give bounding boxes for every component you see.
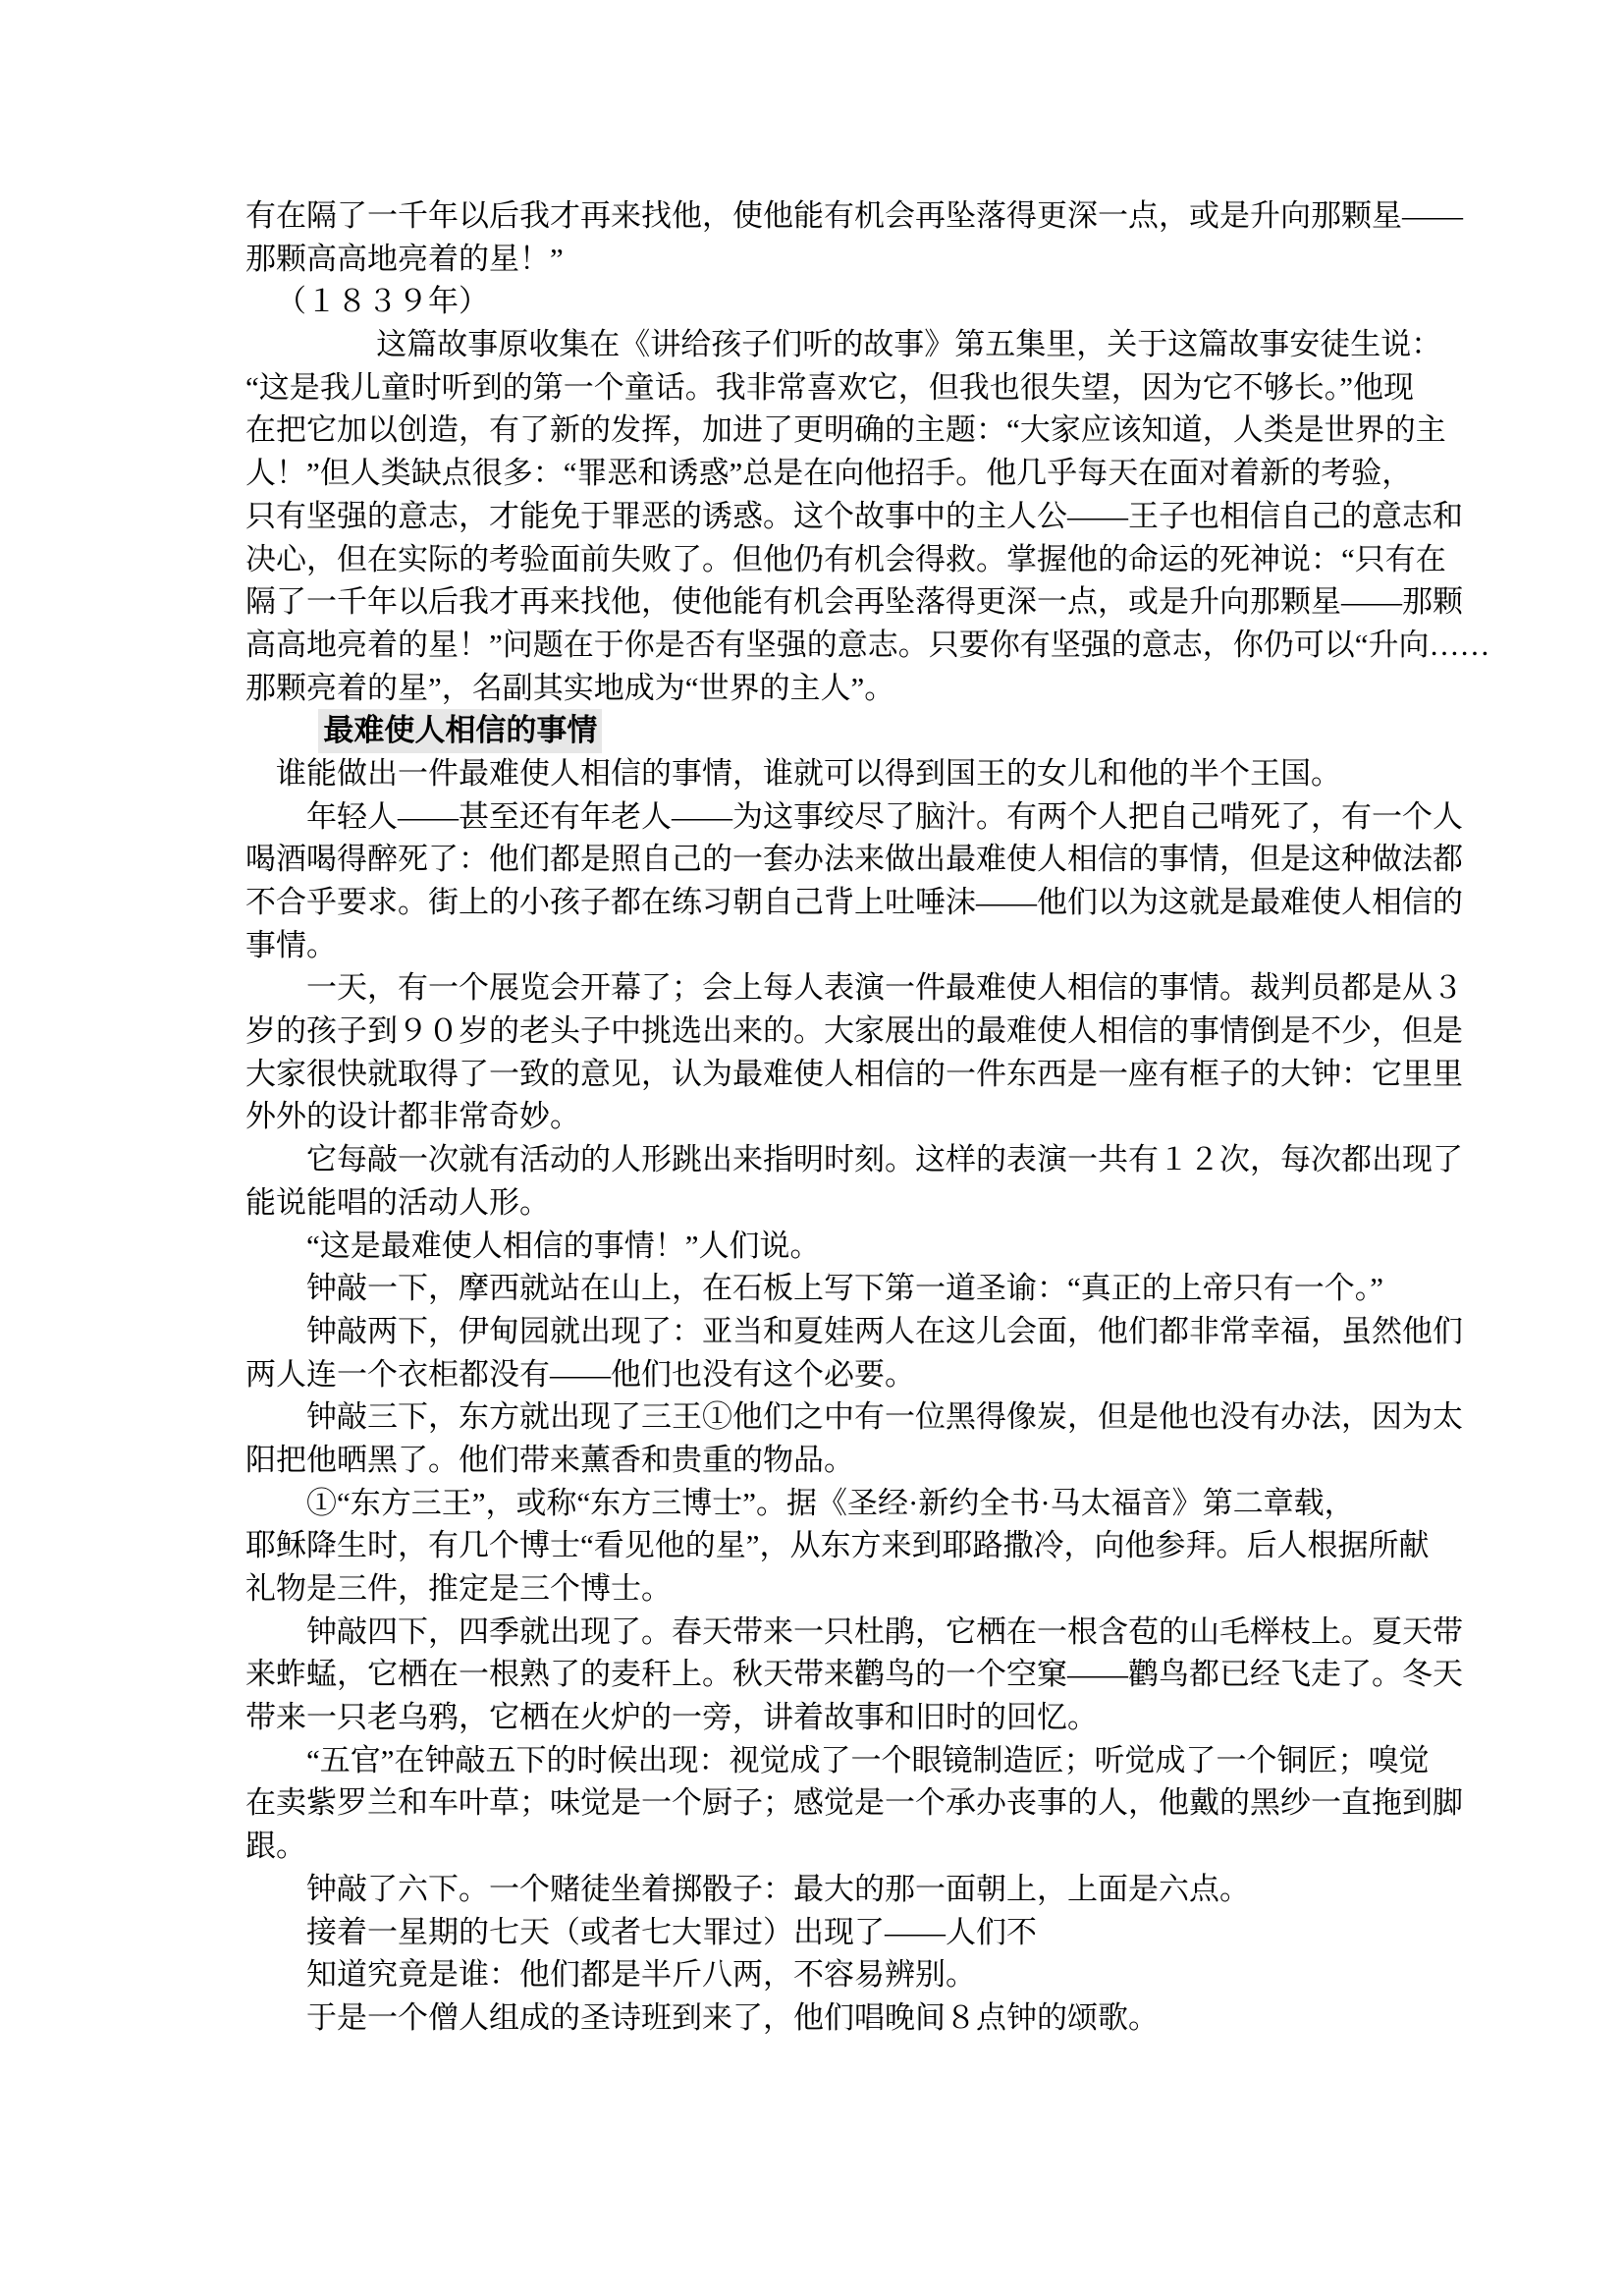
- text-line: 两人连一个衣柜都没有——他们也没有这个必要。: [245, 1353, 1473, 1396]
- text-line: 带来一只老乌鸦，它栖在火炉的一旁，讲着故事和旧时的回忆。: [245, 1696, 1473, 1739]
- text-line: 喝酒喝得醉死了：他们都是照自己的一套办法来做出最难使人相信的事情，但是这种做法都: [245, 838, 1473, 881]
- text-line: 大家很快就取得了一致的意见，认为最难使人相信的一件东西是一座有框子的大钟：它里里: [245, 1053, 1473, 1096]
- section-heading-line: 最难使人相信的事情: [245, 709, 1473, 752]
- text-line: 只有坚强的意志，才能免于罪恶的诱惑。这个故事中的主人公——王子也相信自己的意志和: [245, 495, 1473, 538]
- text-line: “这是我儿童时听到的第一个童话。我非常喜欢它，但我也很失望，因为它不够长。”他现: [245, 366, 1473, 410]
- text-line: 外外的设计都非常奇妙。: [245, 1095, 1473, 1138]
- text-line: 岁的孩子到９０岁的老头子中挑选出来的。大家展出的最难使人相信的事情倒是不少，但是: [245, 1010, 1473, 1053]
- section-heading: 最难使人相信的事情: [318, 709, 602, 753]
- text-line: 跟。: [245, 1825, 1473, 1868]
- text-line: 谁能做出一件最难使人相信的事情，谁就可以得到国王的女儿和他的半个王国。: [245, 752, 1473, 795]
- text-line: 不合乎要求。街上的小孩子都在练习朝自己背上吐唾沫——他们以为这就是最难使人相信的: [245, 881, 1473, 924]
- text-line: 钟敲一下，摩西就站在山上，在石板上写下第一道圣谕：“真正的上帝只有一个。”: [245, 1267, 1473, 1310]
- text-line: 钟敲了六下。一个赌徒坐着掷骰子：最大的那一面朝上，上面是六点。: [245, 1868, 1473, 1911]
- text-line: 人！”但人类缺点很多：“罪恶和诱惑”总是在向他招手。他几乎每天在面对着新的考验，: [245, 452, 1473, 495]
- text-line: 礼物是三件，推定是三个博士。: [245, 1567, 1473, 1611]
- text-line: 阳把他晒黑了。他们带来薰香和贵重的物品。: [245, 1439, 1473, 1482]
- text-line: 事情。: [245, 924, 1473, 967]
- text-line: 那颗亮着的星”，名副其实地成为“世界的主人”。: [245, 667, 1473, 710]
- text-line: 知道究竟是谁：他们都是半斤八两，不容易辨别。: [245, 1953, 1473, 1996]
- text-line: 这篇故事原收集在《讲给孩子们听的故事》第五集里，关于这篇故事安徒生说：: [245, 323, 1473, 366]
- text-line: 钟敲四下，四季就出现了。春天带来一只杜鹃，它栖在一根含苞的山毛榉枝上。夏天带: [245, 1611, 1473, 1654]
- text-line: ①“东方三王”，或称“东方三博士”。据《圣经·新约全书·马太福音》第二章载，: [245, 1482, 1473, 1525]
- text-line: 决心，但在实际的考验面前失败了。但他仍有机会得救。掌握他的命运的死神说：“只有在: [245, 538, 1473, 581]
- text-line: 一天，有一个展览会开幕了；会上每人表演一件最难使人相信的事情。裁判员都是从３: [245, 966, 1473, 1010]
- text-line: “五官”在钟敲五下的时候出现：视觉成了一个眼镜制造匠；听觉成了一个铜匠；嗅觉: [245, 1739, 1473, 1782]
- text-line: 钟敲三下，东方就出现了三王①他们之中有一位黑得像炭，但是他也没有办法，因为太: [245, 1395, 1473, 1439]
- text-line: 来蚱蜢，它栖在一根熟了的麦秆上。秋天带来鹳鸟的一个空窠——鹳鸟都已经飞走了。冬天: [245, 1653, 1473, 1696]
- text-line: 年轻人——甚至还有年老人——为这事绞尽了脑汁。有两个人把自己啃死了，有一个人: [245, 795, 1473, 839]
- document-page: 有在隔了一千年以后我才再来找他，使他能有机会再坠落得更深一点，或是升向那颗星——…: [0, 0, 1623, 2296]
- text-line: “这是最难使人相信的事情！”人们说。: [245, 1225, 1473, 1268]
- text-line: 有在隔了一千年以后我才再来找他，使他能有机会再坠落得更深一点，或是升向那颗星——: [245, 194, 1473, 238]
- text-line: （１８３９年）: [245, 280, 1473, 323]
- text-line: 它每敲一次就有活动的人形跳出来指明时刻。这样的表演一共有１２次，每次都出现了: [245, 1138, 1473, 1181]
- text-line: 那颗高高地亮着的星！”: [245, 238, 1473, 281]
- text-line: 接着一星期的七天（或者七大罪过）出现了——人们不: [245, 1911, 1473, 1954]
- text-line: 隔了一千年以后我才再来找他，使他能有机会再坠落得更深一点，或是升向那颗星——那颗: [245, 580, 1473, 624]
- text-line: 钟敲两下，伊甸园就出现了：亚当和夏娃两人在这儿会面，他们都非常幸福，虽然他们: [245, 1310, 1473, 1353]
- text-line: 耶稣降生时，有几个博士“看见他的星”，从东方来到耶路撒冷，向他参拜。后人根据所献: [245, 1524, 1473, 1567]
- text-line: 能说能唱的活动人形。: [245, 1181, 1473, 1225]
- text-line: 在把它加以创造，有了新的发挥，加进了更明确的主题：“大家应该知道，人类是世界的主: [245, 409, 1473, 452]
- text-line: 在卖紫罗兰和车叶草；味觉是一个厨子；感觉是一个承办丧事的人，他戴的黑纱一直拖到脚: [245, 1781, 1473, 1825]
- text-flow: 有在隔了一千年以后我才再来找他，使他能有机会再坠落得更深一点，或是升向那颗星——…: [245, 194, 1473, 2040]
- text-line: 高高地亮着的星！”问题在于你是否有坚强的意志。只要你有坚强的意志，你仍可以“升向…: [245, 624, 1473, 667]
- text-line: 于是一个僧人组成的圣诗班到来了，他们唱晚间８点钟的颂歌。: [245, 1996, 1473, 2040]
